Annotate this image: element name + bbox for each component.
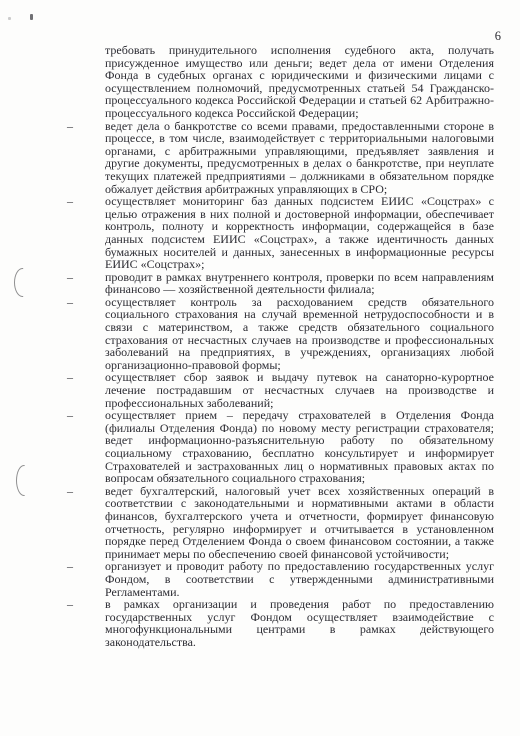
binder-hole-mark [14,268,31,297]
list-item: – ведет дела о банкротстве со всеми прав… [105,120,494,196]
list-item: – осуществляет мониторинг баз данных под… [105,195,494,271]
list-item: – организует и проводит работу по предос… [105,560,494,598]
list-item-text: осуществляет сбор заявок и выдачу путево… [105,371,494,409]
dash-marker: – [67,598,87,611]
dash-marker: – [67,271,87,284]
binder-hole-mark [16,465,32,496]
list-item-text: в рамках организации и проведения работ … [105,598,494,648]
list-item-text: ведет дела о банкротстве со всеми правам… [105,120,494,196]
list-item-text: проводит в рамках внутреннего контроля, … [105,271,494,296]
dash-marker: – [67,195,87,208]
list-item: – ведет бухгалтерский, налоговый учет вс… [105,485,494,561]
list-item: – проводит в рамках внутреннего контроля… [105,271,494,296]
list-item: – осуществляет сбор заявок и выдачу путе… [105,371,494,409]
page-number: 6 [495,30,501,43]
dash-marker: – [67,120,87,133]
list-item-text: ведет бухгалтерский, налоговый учет всех… [105,485,494,561]
dash-marker: – [67,560,87,573]
dash-marker: – [67,409,87,422]
scanned-document-page: 6 требовать принудительного исполнения с… [0,0,520,736]
list-item-text: осуществляет контроль за расходованием с… [105,296,494,372]
list-item: – осуществляет контроль за расходованием… [105,296,494,372]
list-item-text: организует и проводит работу по предоста… [105,560,494,598]
dash-marker: – [67,371,87,384]
dash-marker: – [67,485,87,498]
scan-speck [30,14,33,20]
text-block: требовать принудительного исполнения суд… [105,44,494,649]
dash-marker: – [67,296,87,309]
list-item-text: осуществляет мониторинг баз данных подси… [105,195,494,271]
continuation-paragraph: требовать принудительного исполнения суд… [105,44,494,120]
scan-speck [8,17,11,20]
list-item: – осуществляет прием – передачу страхова… [105,409,494,485]
list-item: – в рамках организации и проведения рабо… [105,598,494,648]
list-item-text: осуществляет прием – передачу страховате… [105,409,494,485]
